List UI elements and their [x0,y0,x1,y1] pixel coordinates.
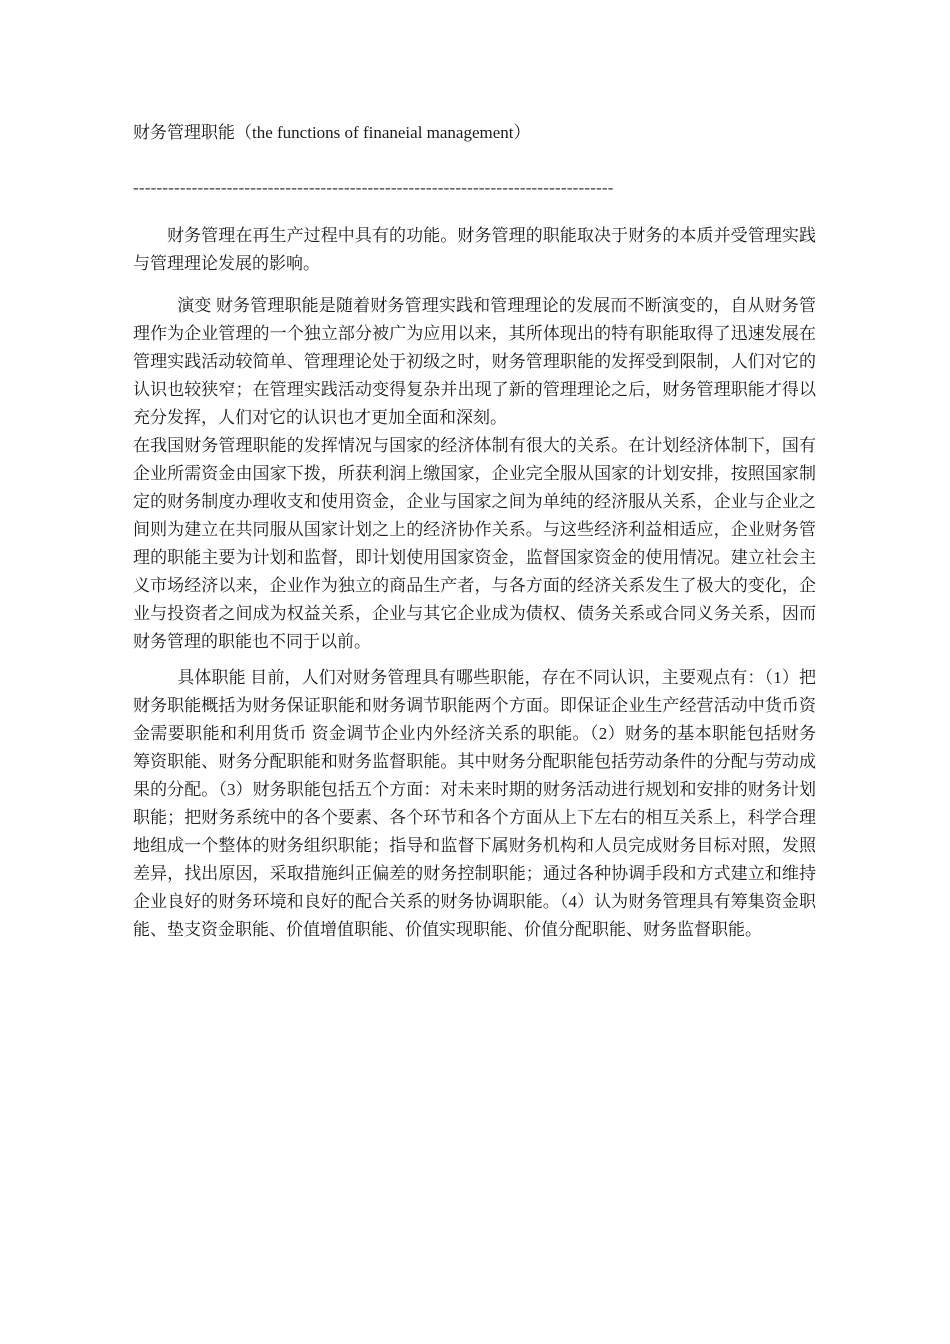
paragraph-specific-functions: 具体职能 目前，人们对财务管理具有哪些职能，存在不同认识，主要观点有：（1）把财… [133,664,816,944]
paragraph-china-economic-system: 在我国财务管理职能的发挥情况与国家的经济体制有很大的关系。在计划经济体制下，国有… [133,432,816,656]
dashed-separator-line: ----------------------------------------… [133,174,816,202]
document-title: 财务管理职能（the functions of finaneial manage… [133,119,816,147]
document-page: 财务管理职能（the functions of finaneial manage… [133,119,816,944]
paragraph-overview: 财务管理在再生产过程中具有的功能。财务管理的职能取决于财务的本质并受管理实践与管… [133,222,816,278]
paragraph-evolution: 演变 财务管理职能是随着财务管理实践和管理理论的发展而不断演变的，自从财务管理作… [133,292,816,432]
